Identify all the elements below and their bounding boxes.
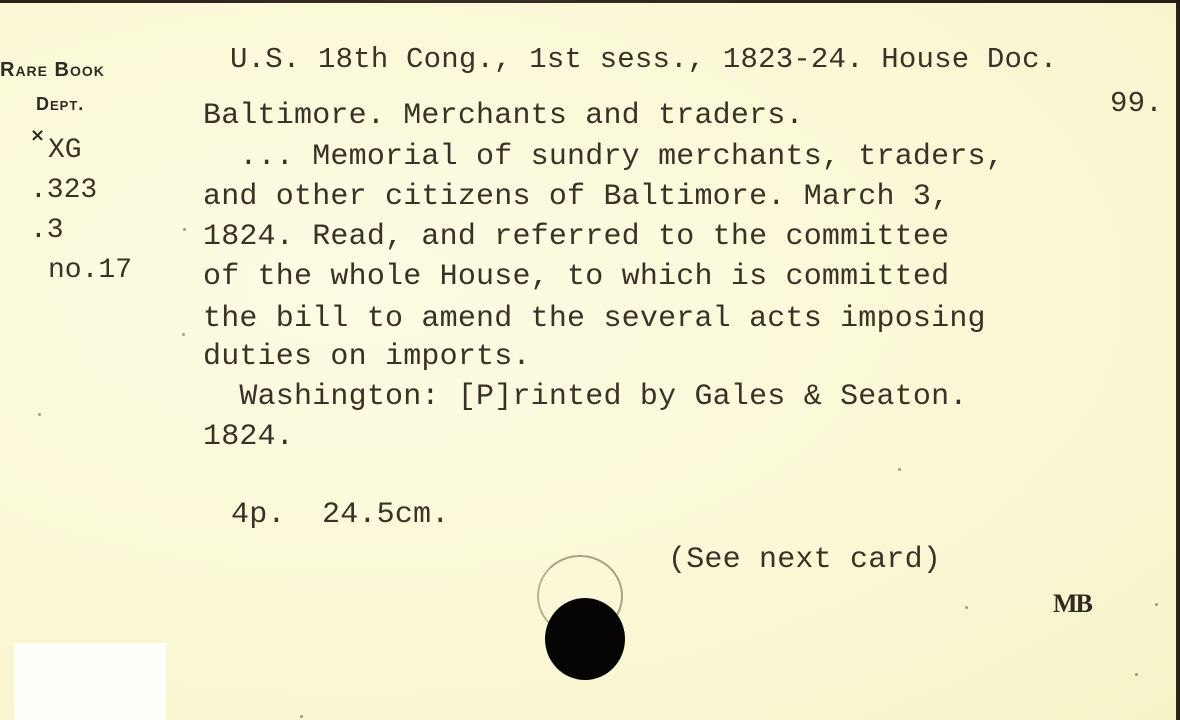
added-entry: Baltimore. Merchants and traders. [203,99,804,133]
call-number-cutter: .323 [30,175,97,206]
body-line: of the whole House, to which is committe… [203,260,949,294]
paper-speck [38,413,41,416]
imprint-line: Washington: [P]rinted by Gales & Seaton. [203,380,968,414]
body-line: 1824. Read, and referred to the committe… [203,220,949,254]
paper-speck [1135,673,1138,676]
paper-speck [300,715,303,718]
main-heading: U.S. 18th Cong., 1st sess., 1823-24. Hou… [230,43,1057,76]
body-line: duties on imports. [203,340,531,374]
call-number-mark: × [30,125,45,146]
body-line: and other citizens of Baltimore. March 3… [203,180,949,214]
punch-hole [545,598,625,680]
paper-speck [965,606,968,609]
continuation-note: (See next card) [668,543,941,577]
cataloger-initials: MB [1053,589,1091,619]
document-number: 99. [1110,87,1163,120]
call-number-sub: .3 [30,215,64,246]
body-line: the bill to amend the several acts impos… [203,302,986,336]
white-patch [14,643,166,720]
catalog-card: Rare Book Dept. × XG .323 .3 no.17 U.S. … [0,3,1179,720]
paper-speck [898,468,901,471]
location-stamp-line1: Rare Book [0,59,105,82]
location-stamp-line2: Dept. [36,94,84,115]
call-number-class: XG [48,135,82,166]
body-line: ... Memorial of sundry merchants, trader… [203,140,1004,174]
call-number-item: no.17 [48,255,132,286]
paper-speck [1155,603,1158,606]
collation: 4p. 24.5cm. [231,498,449,532]
paper-speck [183,228,186,231]
imprint-date: 1824. [203,420,294,454]
paper-speck [182,333,185,336]
